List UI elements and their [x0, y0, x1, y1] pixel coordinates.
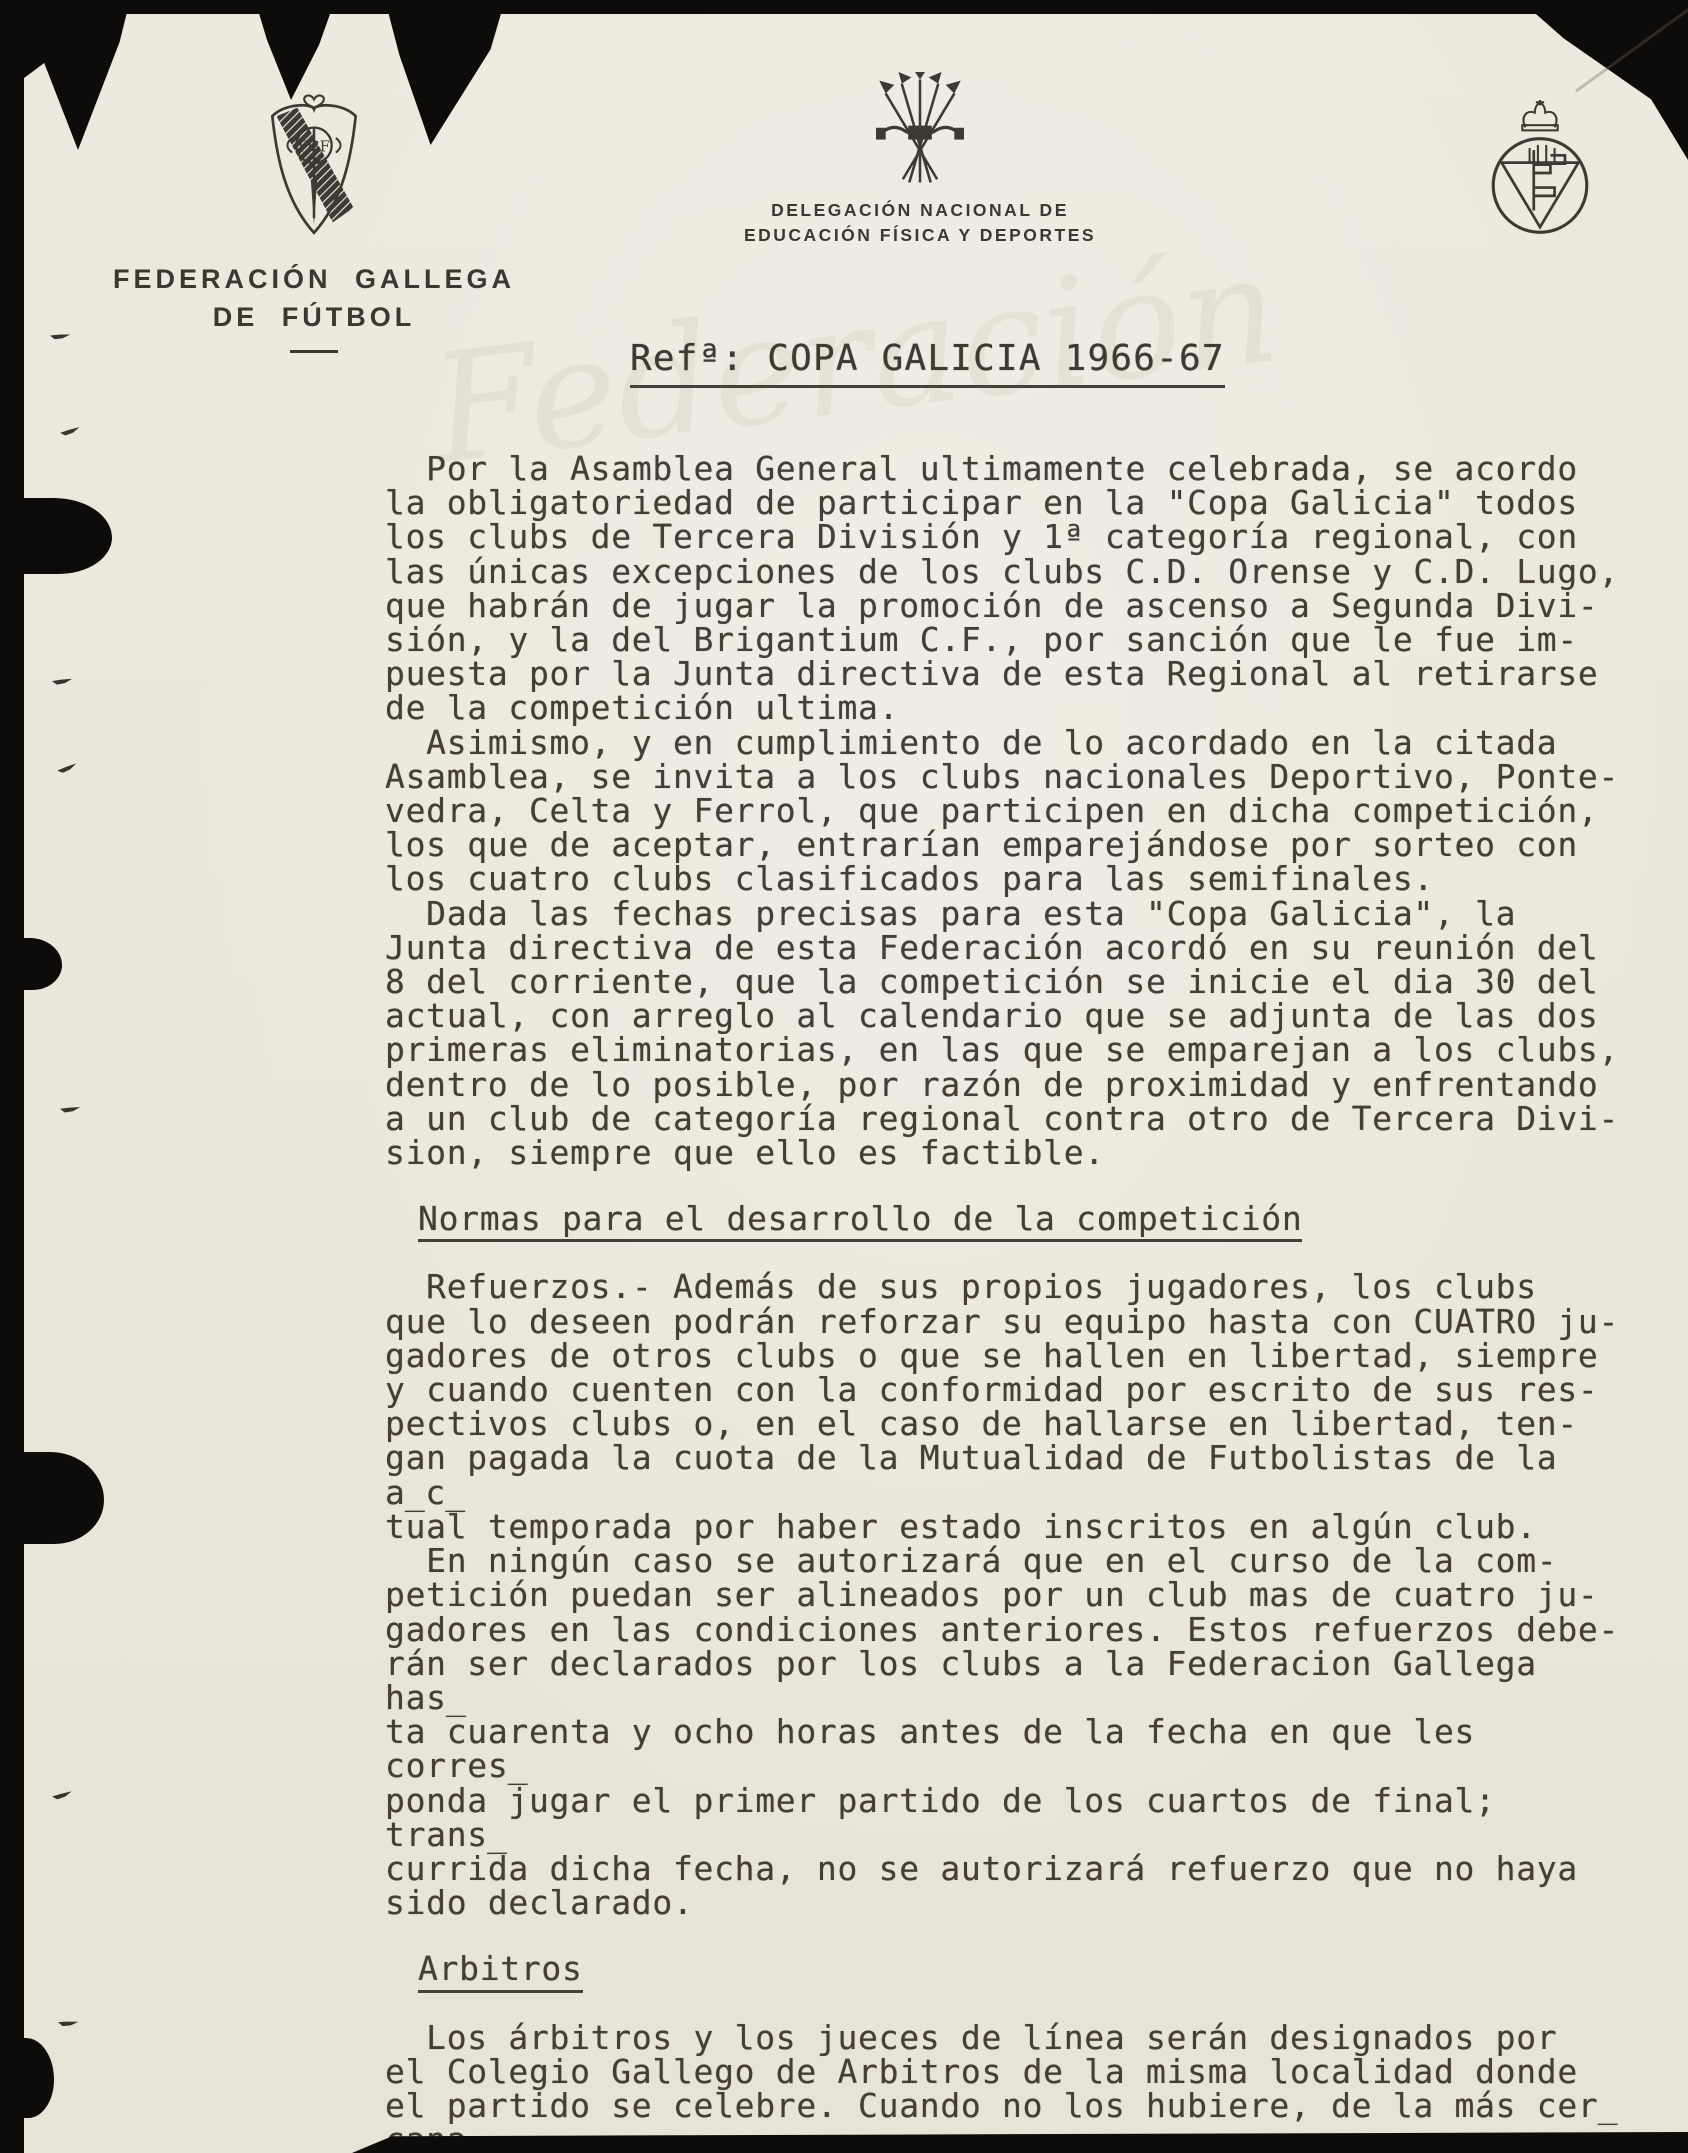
body-paragraph-3: Dada las fechas precisas para esta "Copa…: [385, 897, 1633, 1171]
letterhead-left: FGF FEDERACIÓN GALLEGA DE FÚTBOL: [88, 88, 540, 353]
paper-speck: [60, 1105, 81, 1114]
paper-speck: [58, 2018, 79, 2028]
body-paragraph-1: Por la Asamblea General ultimamente cele…: [385, 452, 1633, 726]
delegation-name-line2: EDUCACIÓN FÍSICA Y DEPORTES: [700, 223, 1140, 248]
document-reference-title: Refª: COPA GALICIA 1966-67: [630, 338, 1225, 388]
galician-federation-shield-icon: FGF: [264, 88, 364, 238]
section-heading-arbitros: Arbitros: [418, 1952, 583, 1992]
torn-edge-left: [0, 0, 24, 2153]
scanned-letter-page: Federación FGF FEDERACIÓN GALLEGA DE FÚT…: [0, 0, 1688, 2153]
spanish-federation-crown-emblem-icon: [1488, 100, 1592, 246]
document-body: Por la Asamblea General ultimamente cele…: [385, 452, 1633, 2153]
yoke-and-arrows-icon: [874, 72, 966, 190]
body-paragraph-5: En ningún caso se autorizará que en el c…: [385, 1544, 1633, 1920]
torn-bump-left-3: [0, 1452, 104, 1544]
paper-speck: [52, 677, 72, 685]
paper-speck: [52, 1791, 72, 1799]
torn-bump-left-2: [0, 938, 62, 990]
letterhead-right: [1488, 100, 1592, 250]
letterhead-center: DELEGACIÓN NACIONAL DE EDUCACIÓN FÍSICA …: [700, 72, 1140, 248]
section-heading-wrapper-2: Arbitros: [418, 1952, 1633, 1992]
torn-edge-top: [0, 0, 1688, 14]
torn-bump-left-4: [0, 2038, 54, 2118]
paper-speck: [57, 763, 78, 773]
torn-blob-top-2: [255, 0, 335, 100]
paper-speck: [50, 332, 71, 342]
body-paragraph-2: Asimismo, y en cumplimiento de lo acorda…: [385, 726, 1633, 897]
svg-text:FGF: FGF: [298, 139, 330, 156]
delegation-name-line1: DELEGACIÓN NACIONAL DE: [700, 198, 1140, 223]
section-heading-normas: Normas para el desarrollo de la competic…: [418, 1202, 1302, 1242]
paper-speck: [60, 427, 81, 436]
letterhead-divider-dash: [290, 350, 338, 353]
section-heading-wrapper-1: Normas para el desarrollo de la competic…: [418, 1202, 1633, 1242]
org-name-line1: FEDERACIÓN GALLEGA: [88, 260, 540, 298]
org-name-line2: DE FÚTBOL: [88, 298, 540, 336]
body-paragraph-4: Refuerzos.- Además de sus propios jugado…: [385, 1270, 1633, 1544]
torn-bump-left-1: [0, 498, 112, 574]
